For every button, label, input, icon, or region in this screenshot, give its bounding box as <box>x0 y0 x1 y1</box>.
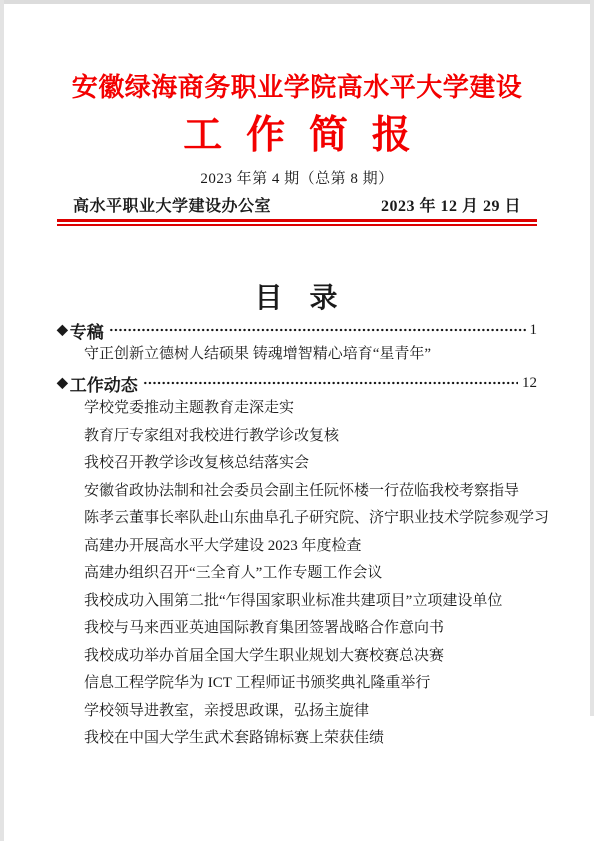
toc-page-number: 12 <box>522 375 537 392</box>
toc-page-number: 1 <box>530 322 538 339</box>
double-red-rule <box>57 219 537 226</box>
toc-section-label: 专稿 <box>70 318 104 343</box>
masthead-row: 高水平职业大学建设办公室 2023 年 12 月 29 日 <box>57 197 537 217</box>
toc-section-label: 工作动态 <box>70 371 138 396</box>
bulletin-title: 工 作 简 报 <box>57 114 537 158</box>
toc-item: 我校召开教学诊改复核总结落实会 <box>57 450 537 478</box>
dot-leader <box>109 318 526 342</box>
toc-section-special: ◆ 专稿 1 <box>57 318 537 342</box>
toc-item: 学校党委推动主题教育走深走实 <box>57 395 537 423</box>
toc-item: 我校成功举办首届全国大学生职业规划大赛校赛总决赛 <box>57 643 537 671</box>
toc-item: 高建办开展高水平大学建设 2023 年度检查 <box>57 533 537 561</box>
page-edge-left <box>0 0 4 841</box>
toc-heading: 目 录 <box>57 282 537 316</box>
toc-item: 我校在中国大学生武术套路锦标赛上荣获佳绩 <box>57 725 537 753</box>
toc-section-news: ◆ 工作动态 12 <box>57 371 537 395</box>
page-content: 安徽绿海商务职业学院高水平大学建设 工 作 简 报 2023 年第 4 期（总第… <box>57 0 537 753</box>
document-page: 安徽绿海商务职业学院高水平大学建设 工 作 简 报 2023 年第 4 期（总第… <box>0 0 594 841</box>
toc-item: 信息工程学院华为 ICT 工程师证书颁奖典礼隆重举行 <box>57 670 537 698</box>
toc-item: 安徽省政协法制和社会委员会副主任阮怀楼一行莅临我校考察指导 <box>57 478 537 506</box>
issue-line: 2023 年第 4 期（总第 8 期） <box>57 169 537 189</box>
diamond-bullet-icon: ◆ <box>57 322 68 339</box>
toc-item: 我校与马来西亚英迪国际教育集团签署战略合作意向书 <box>57 615 537 643</box>
main-title: 安徽绿海商务职业学院高水平大学建设 <box>57 72 537 102</box>
toc-item: 守正创新立德树人结硕果 铸魂增智精心培育“星青年” <box>57 342 537 366</box>
issue-date: 2023 年 12 月 29 日 <box>381 197 521 217</box>
page-edge-right <box>590 0 594 716</box>
toc-item: 我校成功入围第二批“乍得国家职业标准共建项目”立项建设单位 <box>57 588 537 616</box>
toc-item: 高建办组织召开“三全育人”工作专题工作会议 <box>57 560 537 588</box>
toc-item: 陈孝云董事长率队赴山东曲阜孔子研究院、济宁职业技术学院参观学习 <box>57 505 537 533</box>
office-name: 高水平职业大学建设办公室 <box>73 197 271 217</box>
diamond-bullet-icon: ◆ <box>57 375 68 392</box>
toc-item: 学校领导进教室，亲授思政课，弘扬主旋律 <box>57 698 537 726</box>
dot-leader <box>143 371 518 395</box>
toc-item: 教育厅专家组对我校进行教学诊改复核 <box>57 423 537 451</box>
